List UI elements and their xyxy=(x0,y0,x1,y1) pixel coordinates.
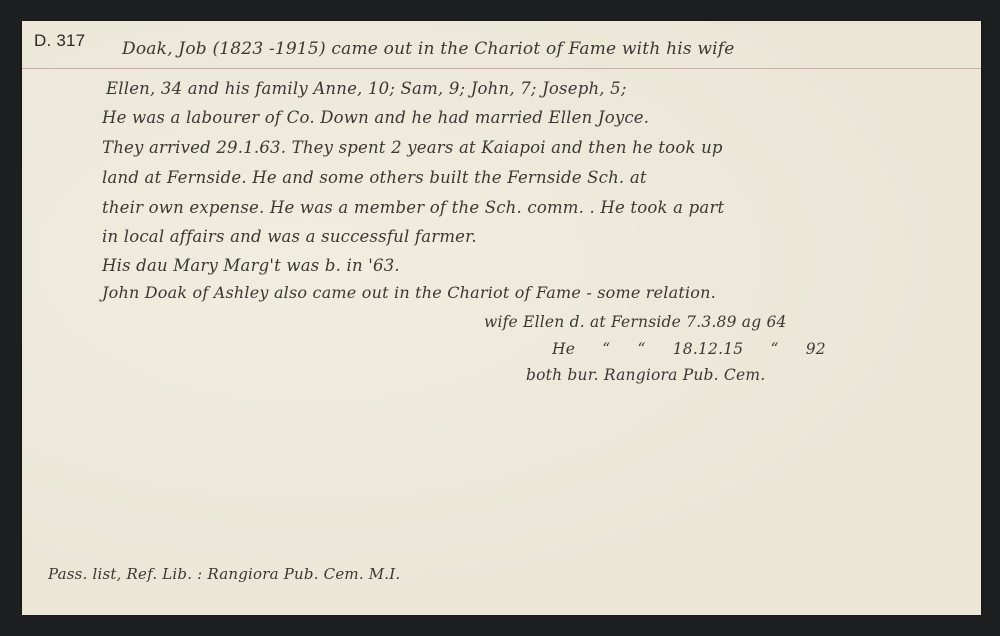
card-line-2: Ellen, 34 and his family Anne, 10; Sam, … xyxy=(106,79,627,98)
sources-footer: Pass. list, Ref. Lib. : Rangiora Pub. Ce… xyxy=(48,565,400,583)
burial-record: both bur. Rangiora Pub. Cem. xyxy=(526,366,765,384)
card-line-6: their own expense. He was a member of th… xyxy=(102,198,724,217)
card-reference-number: D. 317 xyxy=(34,31,85,51)
card-line-3: He was a labourer of Co. Down and he had… xyxy=(102,108,649,127)
card-line-7: in local affairs and was a successful fa… xyxy=(102,227,477,246)
card-line-8: His dau Mary Marg't was b. in '63. xyxy=(102,256,400,275)
card-line-9: John Doak of Ashley also came out in the… xyxy=(102,283,716,302)
index-card: D. 317 Doak, Job (1823 -1915) came out i… xyxy=(22,21,981,615)
death-record-wife: wife Ellen d. at Fernside 7.3.89 ag 64 xyxy=(484,313,787,331)
card-line-4: They arrived 29.1.63. They spent 2 years… xyxy=(102,138,723,157)
card-line-1: Doak, Job (1823 -1915) came out in the C… xyxy=(122,39,735,59)
header-rule-line xyxy=(22,68,981,69)
death-record-husband: He “ “ 18.12.15 “ 92 xyxy=(552,340,826,358)
card-line-5: land at Fernside. He and some others bui… xyxy=(102,168,647,187)
